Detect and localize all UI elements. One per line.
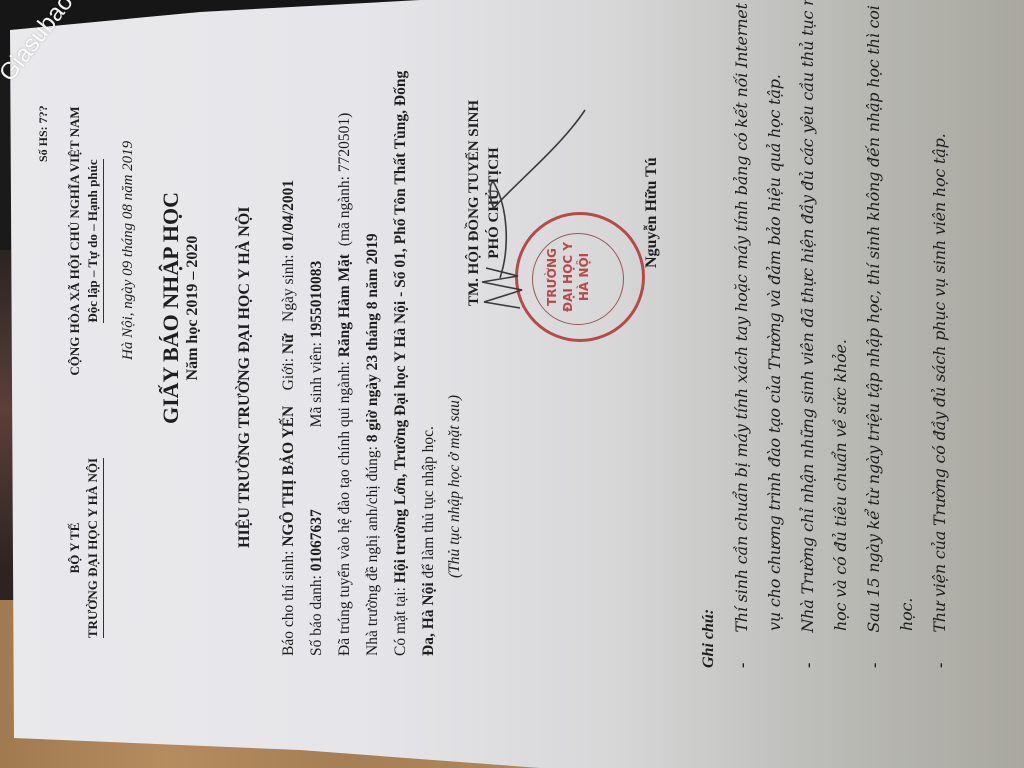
note-item: - Thư viện của Trường có đầy đủ sách phụ… — [930, 133, 950, 668]
record-number: Số HS: 7?? — [36, 105, 51, 162]
issuer-title: HIỆU TRƯỞNG TRƯỜNG ĐẠI HỌC Y HÀ NỘI — [236, 206, 254, 548]
document-title: GIẤY BÁO NHẬP HỌC — [160, 148, 182, 468]
national-motto: Độc lập – Tự do – Hạnh phúc — [84, 159, 104, 322]
report-time-line: Nhà trường đề nghị anh/chị đúng: 8 giờ n… — [364, 233, 382, 656]
note-item: - Sau 15 ngày kể từ ngày triệu tập nhập … — [864, 0, 884, 668]
student-info-line: Báo cho thí sinh: NGÔ THỊ BẢO YẾN Giới: … — [280, 180, 298, 656]
handwritten-signature — [470, 108, 610, 348]
venue-line: Có mặt tại: Hội trường Lớn, Trường Đại h… — [392, 71, 410, 656]
signer-name: Nguyễn Hữu Tú — [643, 157, 661, 268]
notes-title: Ghi chú: — [700, 609, 718, 668]
student-id: 1955010083 — [308, 261, 325, 339]
report-time: 8 giờ ngày 23 tháng 8 năm 2019 — [364, 233, 381, 442]
issue-date: Hà Nội, ngày 09 tháng 08 năm 2019 — [120, 141, 137, 360]
admission-notice-document: Số HS: 7?? BỘ Y TẾ TRƯỜNG ĐẠI HỌC Y HÀ N… — [0, 0, 1024, 768]
national-header: CỘNG HÒA XÃ HỘI CHỦ NGHĨA VIỆT NAM Độc l… — [66, 86, 104, 396]
country-name: CỘNG HÒA XÃ HỘI CHỦ NGHĨA VIỆT NAM — [66, 86, 84, 396]
major-name: Răng Hàm Mặt — [336, 254, 353, 357]
venue: Hội trường Lớn, Trường Đại học Y Hà Nội … — [392, 71, 409, 583]
student-name: NGÔ THỊ BẢO YẾN — [280, 406, 297, 547]
procedure-note: (Thủ tục nhập học ở mặt sau) — [446, 395, 464, 578]
date-of-birth: 01/04/2001 — [280, 180, 297, 251]
gender: Nữ — [280, 334, 297, 355]
venue-line-continued: Đa, Hà Nội để làm thủ tục nhập học. — [420, 426, 438, 656]
note-item: - Thí sinh cần chuẩn bị máy tính xách ta… — [732, 0, 752, 668]
major-code: (mã ngành: 7720501) — [336, 113, 353, 246]
university-name: TRƯỜNG ĐẠI HỌC Y HÀ NỘI — [84, 458, 104, 638]
candidate-id-line: Số báo danh: 01067637 Mã sinh viên: 1955… — [308, 261, 326, 656]
major-line: Đã trúng tuyển vào hệ đào tạo chính qui … — [336, 113, 354, 656]
issuer-header: BỘ Y TẾ TRƯỜNG ĐẠI HỌC Y HÀ NỘI — [66, 448, 104, 648]
candidate-number: 01067637 — [308, 509, 325, 571]
note-item: - Nhà Trường chỉ nhận những sinh viên đã… — [798, 0, 818, 668]
ministry-name: BỘ Y TẾ — [66, 448, 84, 648]
academic-year: Năm học 2019 – 2020 — [184, 148, 202, 468]
paper-sheet: Số HS: 7?? BỘ Y TẾ TRƯỜNG ĐẠI HỌC Y HÀ N… — [0, 0, 1024, 768]
